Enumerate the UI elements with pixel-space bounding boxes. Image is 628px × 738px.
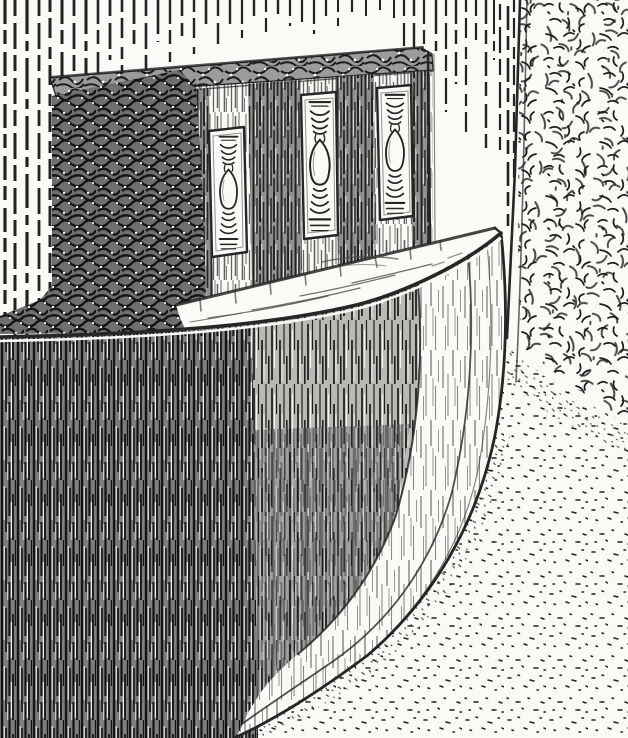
sketch-stage: Hand-drawn garden scene: a long plank be… [0,0,628,738]
baluster-panel-2 [301,92,338,239]
baluster-panel-3 [377,85,413,220]
bench-front-dark-overlay [0,326,258,738]
cabinet-stile [248,80,302,288]
sketch-canvas: Hand-drawn garden scene: a long plank be… [0,0,628,738]
cabinet-stile [336,74,376,270]
baluster-panel-1 [209,127,247,257]
sketch-figure: Hand-drawn garden scene: a long plank be… [0,0,628,738]
